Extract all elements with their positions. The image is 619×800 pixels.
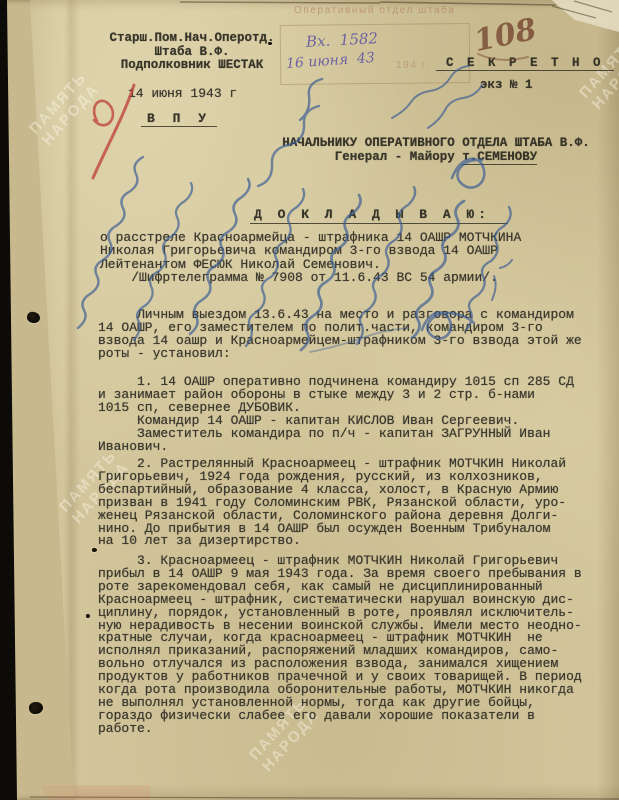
- addressee-line1: НАЧАЛЬНИКУ ОПЕРАТИВНОГО ОТДЕЛА ШТАБА В.Ф…: [282, 136, 590, 150]
- item-2-paragraph: 2. Растрелянный Красноармеец - штрафник …: [98, 458, 566, 548]
- report-heading: Д О К Л А Д Ы В А Ю:: [250, 207, 508, 222]
- item-1-paragraph: 1. 14 ОАШР оперативно подчинена командир…: [98, 376, 574, 453]
- item-3-paragraph: 3. Красноармеец - штрафник МОТЧКИН Никол…: [98, 555, 582, 736]
- faint-stamp-text: Оперативный отдел штаба: [294, 5, 455, 16]
- paper-speck: [86, 614, 90, 618]
- paper-speck: [268, 42, 272, 45]
- addressee-name: т.СЕМЕНОВУ: [462, 150, 537, 165]
- copy-number: экз № 1: [480, 78, 533, 92]
- subject-paragraph: о расстреле Красноармейца - штрафника 14…: [100, 231, 521, 285]
- document-date: 14 июня 1943 г: [128, 86, 237, 101]
- document-scan: ПАМЯТЬ НАРОДА ПАМЯТЬ НАРОДА ПАМЯТЬ НАРОД…: [0, 0, 619, 800]
- sender-block: Старш.Пом.Нач.Оперотд. Штаба В.Ф. Подпол…: [102, 32, 282, 73]
- addressee-block: НАЧАЛЬНИКУ ОПЕРАТИВНОГО ОТДЕЛА ШТАБА В.Ф…: [278, 137, 594, 165]
- secrecy-label: С Е К Р Е Т Н О: [436, 56, 614, 71]
- stamp-year-hint: 194 г.: [396, 60, 430, 71]
- vpu-label: В П У: [141, 111, 217, 127]
- addressee-line2-prefix: Генерал - Майору: [335, 150, 463, 164]
- secrecy-stamp: С Е К Р Е Т Н О: [436, 56, 614, 70]
- paper-speck: [92, 548, 97, 552]
- vpu-mark: В П У: [141, 111, 217, 126]
- intro-paragraph: Личным выездом 13.6.43 на место и разгов…: [98, 309, 582, 361]
- report-heading-label: Д О К Л А Д Ы В А Ю:: [250, 207, 508, 224]
- registration-stamp-box: [280, 23, 471, 85]
